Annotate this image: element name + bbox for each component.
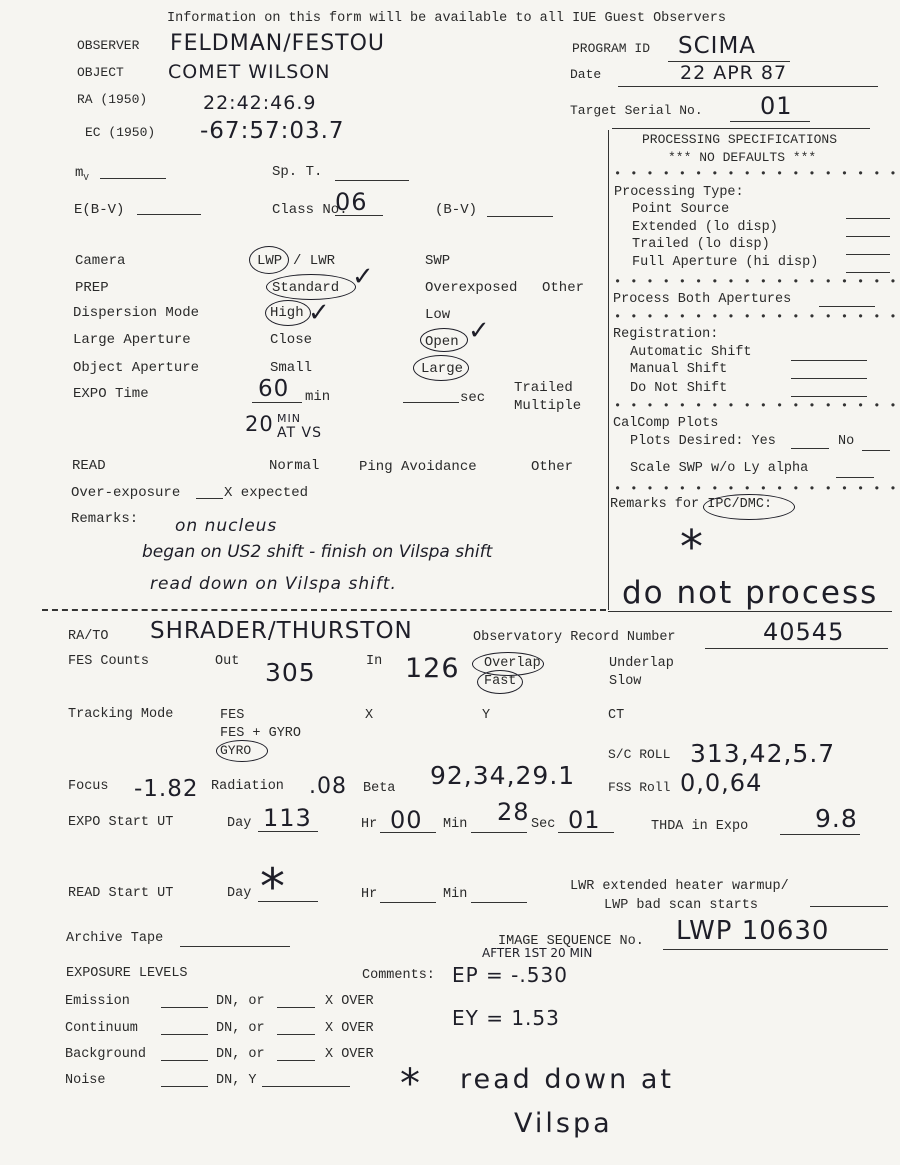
fast-selected-circle bbox=[477, 670, 523, 694]
expo-day-label: Day bbox=[227, 817, 251, 831]
plots-yes-field[interactable] bbox=[791, 448, 829, 449]
ipc-remarks-field[interactable]: do not process bbox=[622, 578, 878, 609]
program-id-field[interactable]: SCIMA bbox=[678, 35, 756, 58]
date-field[interactable]: 22 APR 87 bbox=[680, 64, 787, 83]
ebv-field[interactable] bbox=[137, 214, 201, 215]
exposure-y-field[interactable] bbox=[262, 1086, 350, 1087]
beta-label: Beta bbox=[363, 782, 395, 796]
tracking-mode-label: Tracking Mode bbox=[68, 708, 173, 722]
dispersion-label: Dispersion Mode bbox=[73, 306, 199, 320]
camera-selected-circle bbox=[249, 246, 289, 274]
plots-desired-label: Plots Desired: Yes bbox=[630, 435, 776, 449]
camera-option-swp[interactable]: SWP bbox=[425, 254, 450, 268]
image-seq-note: AFTER 1ST 20 MIN bbox=[482, 947, 592, 959]
object-aperture-option-small[interactable]: Small bbox=[270, 361, 312, 375]
heater-label-1: LWR extended heater warmup/ bbox=[570, 880, 789, 894]
exposure-over-field[interactable] bbox=[277, 1007, 315, 1008]
processing-subtitle: *** NO DEFAULTS *** bbox=[668, 151, 816, 164]
spt-field[interactable] bbox=[335, 180, 409, 181]
exposure-row-suffix: X OVER bbox=[325, 1022, 374, 1036]
read-day-label: Day bbox=[227, 887, 251, 901]
expo-hr-label: Hr bbox=[361, 818, 377, 832]
camera-option-lwr[interactable]: / LWR bbox=[293, 254, 335, 268]
y-label: Y bbox=[482, 709, 490, 723]
ct-label: CT bbox=[608, 709, 624, 723]
sc-roll-label: S/C ROLL bbox=[608, 748, 670, 761]
fes-in-field[interactable]: 126 bbox=[405, 655, 460, 682]
exposure-row-label: Continuum bbox=[65, 1022, 138, 1036]
exposure-dn-field[interactable] bbox=[161, 1034, 208, 1035]
exposure-row-suffix: X OVER bbox=[325, 995, 374, 1009]
dec-label: EC (1950) bbox=[85, 126, 155, 139]
camera-label: Camera bbox=[75, 254, 125, 268]
checkmark-icon: ✓ bbox=[468, 318, 490, 344]
read-min-label: Min bbox=[443, 888, 467, 902]
note-line-2: Vilspa bbox=[514, 1110, 613, 1137]
dec-field[interactable]: -67:57:03.7 bbox=[200, 120, 345, 143]
expo-sec-label: Sec bbox=[531, 818, 555, 832]
type-full-aperture[interactable]: Full Aperture (hi disp) bbox=[632, 256, 818, 270]
serial-field[interactable]: 01 bbox=[760, 94, 793, 118]
ebv-label: E(B-V) bbox=[74, 203, 124, 217]
large-aperture-label: Large Aperture bbox=[73, 333, 191, 347]
ipc-dmc-circle bbox=[703, 494, 795, 520]
exposure-dn-field[interactable] bbox=[161, 1086, 208, 1087]
serial-label: Target Serial No. bbox=[570, 104, 703, 117]
record-label: Observatory Record Number bbox=[473, 631, 676, 645]
asterisk-icon: * bbox=[400, 1064, 420, 1104]
focus-label: Focus bbox=[68, 780, 109, 794]
observer-label: OBSERVER bbox=[77, 39, 139, 52]
plots-no-label: No bbox=[838, 435, 854, 449]
fss-roll-field[interactable]: 0,0,64 bbox=[680, 771, 762, 795]
type-point-source[interactable]: Point Source bbox=[632, 203, 729, 217]
dotted-divider: •••••••••••••••••••••• bbox=[614, 399, 900, 413]
exposure-row-mid: DN, or bbox=[216, 1022, 265, 1036]
exposure-row-label: Noise bbox=[65, 1074, 106, 1088]
expo-min-field-2[interactable]: 28 bbox=[497, 800, 530, 824]
reg-manual[interactable]: Manual Shift bbox=[630, 363, 727, 377]
slow-option[interactable]: Slow bbox=[609, 675, 641, 689]
read-min-field[interactable] bbox=[471, 902, 527, 903]
trailed-option[interactable]: Trailed bbox=[514, 381, 573, 395]
bv-field[interactable] bbox=[487, 216, 553, 217]
reg-automatic-field[interactable] bbox=[791, 360, 867, 361]
sc-roll-field[interactable]: 313,42,5.7 bbox=[690, 741, 835, 766]
ra-label: RA (1950) bbox=[77, 93, 147, 106]
rato-field[interactable]: SHRADER/THURSTON bbox=[150, 620, 413, 643]
type-trailed-field[interactable] bbox=[846, 254, 890, 255]
dotted-divider: •••••••••••••••••••••• bbox=[614, 310, 900, 324]
object-aperture-selected-circle bbox=[413, 355, 469, 381]
comment-ey[interactable]: EY = 1.53 bbox=[452, 1008, 560, 1028]
expo-start-label: EXPO Start UT bbox=[68, 816, 173, 830]
type-extended-field[interactable] bbox=[846, 236, 890, 237]
beta-field[interactable]: 92,34,29.1 bbox=[430, 763, 575, 788]
remarks-label: Remarks: bbox=[71, 512, 138, 526]
registration-label: Registration: bbox=[613, 328, 718, 342]
expo-day-field[interactable]: 113 bbox=[263, 806, 312, 830]
processing-type-label: Processing Type: bbox=[614, 186, 744, 200]
form-notice: Information on this form will be availab… bbox=[167, 12, 726, 26]
fes-in-label: In bbox=[366, 655, 382, 669]
plots-no-field[interactable] bbox=[862, 450, 890, 451]
fes-counts-label: FES Counts bbox=[68, 655, 149, 669]
exposure-row-mid: DN, or bbox=[216, 995, 265, 1009]
heater-field[interactable] bbox=[810, 906, 888, 907]
rato-label: RA/TO bbox=[68, 630, 109, 644]
focus-field[interactable]: -1.82 bbox=[134, 778, 199, 801]
processing-box-border bbox=[608, 130, 609, 610]
calcomp-label: CalComp Plots bbox=[613, 417, 718, 431]
observer-field[interactable]: FELDMAN/FESTOU bbox=[170, 33, 385, 55]
read-option-normal[interactable]: Normal bbox=[269, 459, 319, 473]
multiple-option[interactable]: Multiple bbox=[514, 399, 581, 413]
prep-selected-circle bbox=[266, 274, 356, 300]
x-label: X bbox=[365, 709, 373, 723]
asterisk-icon: * bbox=[680, 524, 703, 570]
process-both-label: Process Both Apertures bbox=[613, 293, 791, 307]
object-label: OBJECT bbox=[77, 66, 124, 79]
comment-ep[interactable]: EP = -.530 bbox=[452, 965, 568, 985]
exposure-row-label: Emission bbox=[65, 995, 130, 1009]
type-full-aperture-field[interactable] bbox=[846, 272, 890, 273]
read-option-ping[interactable]: Ping Avoidance bbox=[359, 460, 477, 474]
type-trailed[interactable]: Trailed (lo disp) bbox=[632, 238, 770, 252]
reg-manual-field[interactable] bbox=[791, 378, 867, 379]
comments-label: Comments: bbox=[362, 969, 435, 983]
note-line-1: read down at bbox=[460, 1066, 674, 1093]
read-option-other[interactable]: Other bbox=[531, 460, 573, 474]
underlap-option[interactable]: Underlap bbox=[609, 657, 674, 671]
bv-label: (B-V) bbox=[435, 203, 477, 217]
class-field[interactable]: 06 bbox=[335, 190, 368, 214]
reg-do-not-shift-field[interactable] bbox=[791, 396, 867, 397]
read-label: READ bbox=[72, 459, 106, 473]
archive-tape-label: Archive Tape bbox=[66, 932, 163, 946]
overexposure-label: Over-exposure bbox=[71, 486, 180, 500]
fes-out-field[interactable]: 305 bbox=[265, 660, 316, 685]
program-id-label: PROGRAM ID bbox=[572, 42, 650, 55]
exposure-over-field[interactable] bbox=[277, 1034, 315, 1035]
object-field[interactable]: COMET WILSON bbox=[168, 63, 330, 82]
dotted-divider: •••••••••••••••••••••• bbox=[614, 167, 900, 181]
read-hr-label: Hr bbox=[361, 888, 377, 902]
mv-label: mV bbox=[75, 166, 89, 183]
prep-label: PREP bbox=[75, 281, 109, 295]
expo-sec-field-2[interactable]: 01 bbox=[568, 808, 601, 832]
exposure-dn-field[interactable] bbox=[161, 1060, 208, 1061]
thda-label: THDA in Expo bbox=[651, 820, 748, 834]
scale-swp-field[interactable] bbox=[836, 477, 874, 478]
exposure-levels-title: EXPOSURE LEVELS bbox=[66, 967, 188, 981]
section-divider bbox=[42, 609, 606, 611]
tracking-option-fes[interactable]: FES bbox=[220, 709, 244, 723]
overexposure-suffix: X expected bbox=[224, 486, 308, 500]
exposure-dn-field[interactable] bbox=[161, 1007, 208, 1008]
fss-roll-label: FSS Roll bbox=[608, 781, 670, 794]
read-hr-field[interactable] bbox=[380, 902, 436, 903]
expo-min-field[interactable]: 60 bbox=[258, 378, 289, 401]
process-both-field[interactable] bbox=[819, 306, 875, 307]
reg-automatic[interactable]: Automatic Shift bbox=[630, 346, 752, 360]
exposure-over-field[interactable] bbox=[277, 1060, 315, 1061]
checkmark-icon: ✓ bbox=[352, 264, 374, 290]
overexposure-field[interactable] bbox=[196, 498, 223, 499]
min-unit: min bbox=[305, 390, 330, 404]
large-aperture-selected-circle bbox=[420, 328, 468, 352]
expo-time-label: EXPO Time bbox=[73, 387, 149, 401]
tracking-option-fes-gyro[interactable]: FES + GYRO bbox=[220, 727, 301, 741]
processing-title: PROCESSING SPECIFICATIONS bbox=[642, 133, 837, 146]
scale-swp-label: Scale SWP w/o Ly alpha bbox=[630, 462, 808, 476]
exposure-row-label: Background bbox=[65, 1048, 146, 1062]
archive-tape-field[interactable] bbox=[180, 946, 290, 947]
ra-field[interactable]: 22:42:46.9 bbox=[203, 94, 316, 113]
dispersion-selected-circle bbox=[265, 300, 311, 326]
reg-do-not-shift[interactable]: Do Not Shift bbox=[630, 382, 727, 396]
large-aperture-option-close[interactable]: Close bbox=[270, 333, 312, 347]
exposure-row-mid: DN, Y bbox=[216, 1074, 257, 1088]
type-extended[interactable]: Extended (lo disp) bbox=[632, 221, 778, 235]
expo-sec-field[interactable] bbox=[403, 402, 459, 403]
exposure-row-mid: DN, or bbox=[216, 1048, 265, 1062]
fes-out-label: Out bbox=[215, 655, 239, 669]
prep-option-overexposed[interactable]: Overexposed bbox=[425, 281, 517, 295]
record-field[interactable]: 40545 bbox=[763, 620, 844, 644]
mv-field[interactable] bbox=[100, 178, 166, 179]
exposure-row-suffix: X OVER bbox=[325, 1048, 374, 1062]
prep-option-other[interactable]: Other bbox=[542, 281, 584, 295]
radiation-field[interactable]: .08 bbox=[309, 776, 347, 798]
read-day-field[interactable]: * bbox=[260, 862, 285, 912]
read-start-label: READ Start UT bbox=[68, 887, 173, 901]
dotted-divider: •••••••••••••••••••••• bbox=[614, 275, 900, 289]
dispersion-option-low[interactable]: Low bbox=[425, 308, 450, 322]
expo-min-label: Min bbox=[443, 818, 467, 832]
checkmark-icon: ✓ bbox=[308, 300, 330, 326]
spt-label: Sp. T. bbox=[272, 165, 322, 179]
tracking-selected-circle bbox=[216, 740, 268, 762]
object-aperture-label: Object Aperture bbox=[73, 361, 199, 375]
radiation-label: Radiation bbox=[211, 780, 284, 794]
type-point-source-field[interactable] bbox=[846, 218, 890, 219]
sec-unit: sec bbox=[460, 391, 485, 405]
expo-hr-field[interactable]: 00 bbox=[390, 808, 423, 832]
thda-field[interactable]: 9.8 bbox=[815, 806, 858, 831]
date-label: Date bbox=[570, 68, 601, 81]
image-seq-field[interactable]: LWP 10630 bbox=[676, 918, 829, 944]
heater-label-2: LWP bad scan starts bbox=[604, 899, 758, 913]
